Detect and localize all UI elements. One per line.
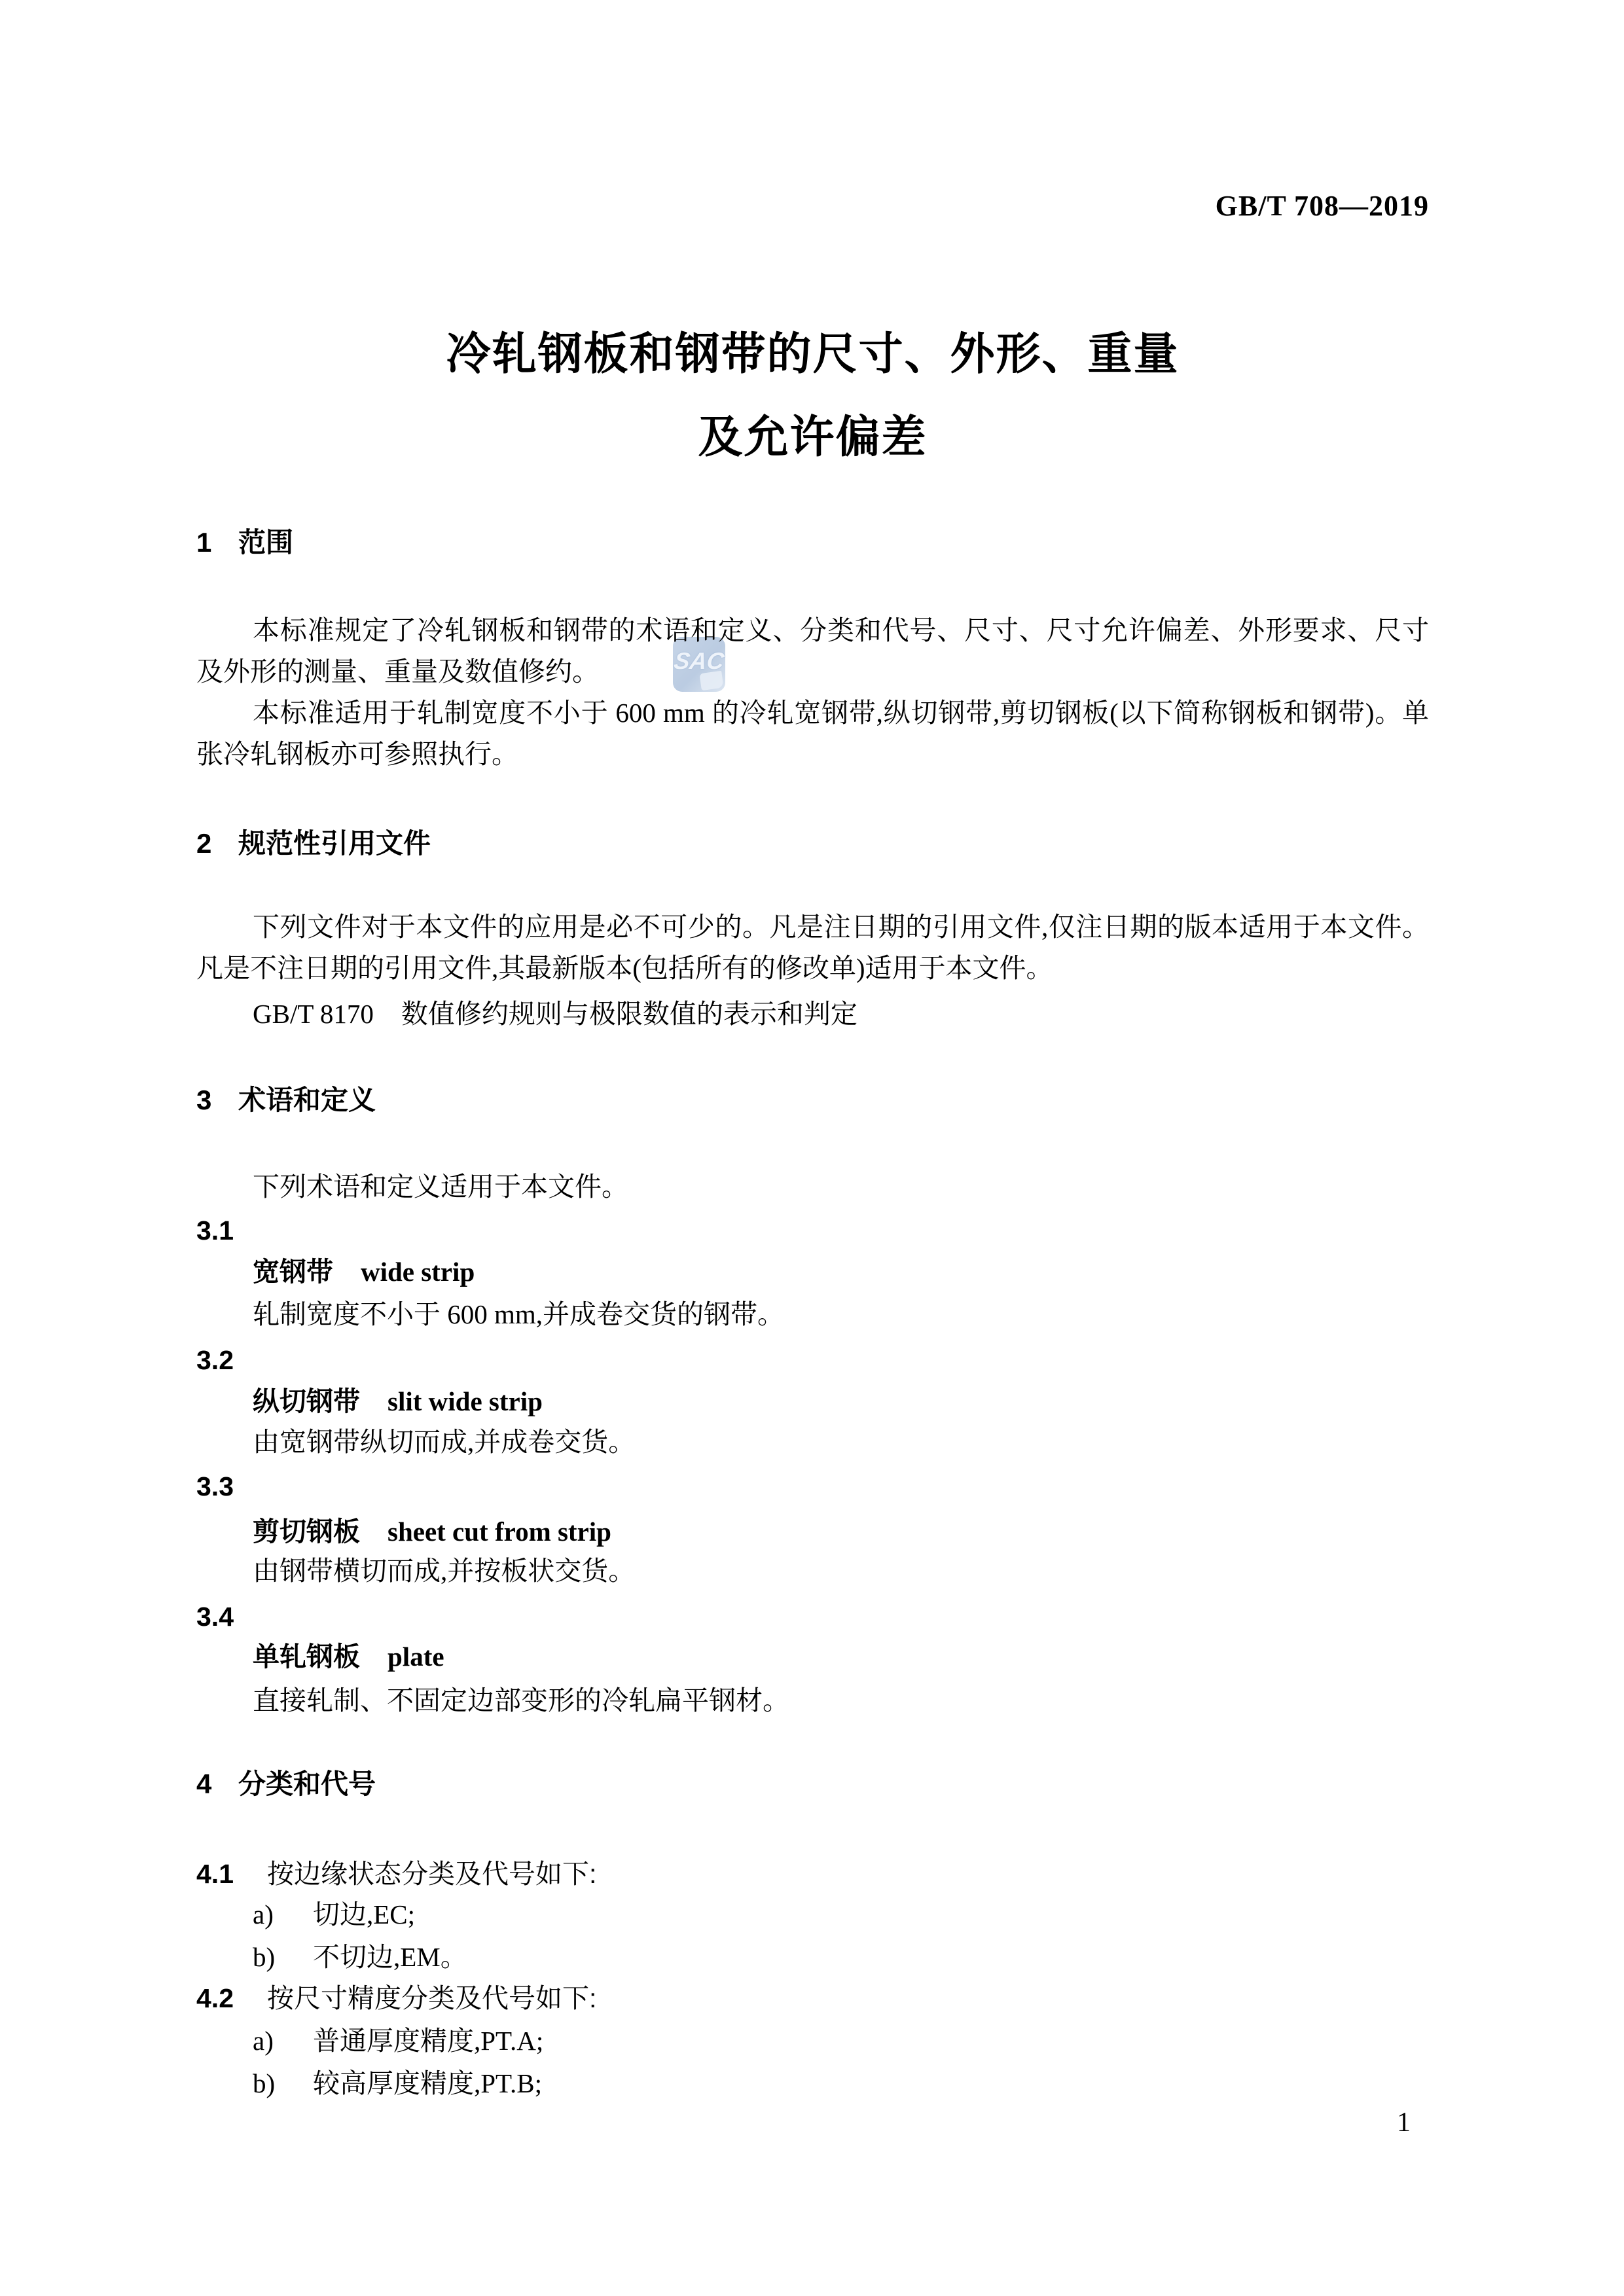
document-title: 冷轧钢板和钢带的尺寸、外形、重量 及允许偏差 bbox=[196, 313, 1429, 479]
subclause-number: 4.1 bbox=[196, 1854, 241, 1895]
list-text: 普通厚度精度,PT.A; bbox=[313, 2026, 543, 2056]
term-name: 剪切钢板sheet cut from strip bbox=[196, 1511, 1429, 1552]
section-2-number: 2 bbox=[196, 823, 238, 864]
term-definition: 直接轧制、不固定边部变形的冷轧扁平钢材。 bbox=[196, 1680, 1429, 1721]
section-3-number: 3 bbox=[196, 1079, 238, 1121]
list-item: b)不切边,EM。 bbox=[196, 1937, 1429, 1978]
page-number: 1 bbox=[196, 2109, 1429, 2136]
subclause-4-2: 4.2按尺寸精度分类及代号如下: bbox=[196, 1978, 1429, 2019]
term-name-zh: 宽钢带 bbox=[253, 1257, 333, 1287]
section-1-heading: 1范围 bbox=[196, 522, 1429, 563]
list-marker: a) bbox=[253, 1894, 313, 1935]
section-1-paragraph-1: 本标准规定了冷轧钢板和钢带的术语和定义、分类和代号、尺寸、尺寸允许偏差、外形要求… bbox=[196, 610, 1429, 692]
list-text: 不切边,EM。 bbox=[313, 1942, 467, 1972]
term-definition: 轧制宽度不小于 600 mm,并成卷交货的钢带。 bbox=[196, 1294, 1429, 1335]
term-name-en: plate bbox=[388, 1641, 444, 1672]
term-name-en: wide strip bbox=[361, 1257, 475, 1287]
section-2-heading: 2规范性引用文件 bbox=[196, 823, 1429, 864]
list-item: a)切边,EC; bbox=[196, 1894, 1429, 1935]
list-marker: a) bbox=[253, 2020, 313, 2062]
reference-title: 数值修约规则与极限数值的表示和判定 bbox=[401, 999, 857, 1029]
term-number: 3.1 bbox=[196, 1210, 1429, 1251]
term-definition: 由宽钢带纵切而成,并成卷交货。 bbox=[196, 1422, 1429, 1463]
title-line-2: 及允许偏差 bbox=[196, 396, 1429, 479]
subclause-4-1: 4.1按边缘状态分类及代号如下: bbox=[196, 1854, 1429, 1895]
term-number: 3.3 bbox=[196, 1466, 1429, 1507]
section-1-title: 范围 bbox=[238, 527, 293, 558]
subclause-number: 4.2 bbox=[196, 1978, 241, 2019]
term-definition: 由钢带横切而成,并按板状交货。 bbox=[196, 1551, 1429, 1592]
section-2-title: 规范性引用文件 bbox=[238, 828, 431, 859]
section-2-paragraph-1: 下列文件对于本文件的应用是必不可少的。凡是注日期的引用文件,仅注日期的版本适用于… bbox=[196, 906, 1429, 989]
section-3-heading: 3术语和定义 bbox=[196, 1079, 1429, 1121]
term-name: 单轧钢板plate bbox=[196, 1636, 1429, 1677]
list-text: 切边,EC; bbox=[313, 1899, 415, 1929]
reference-entry: GB/T 8170数值修约规则与极限数值的表示和判定 bbox=[196, 994, 1429, 1035]
section-4-number: 4 bbox=[196, 1763, 238, 1804]
section-1-number: 1 bbox=[196, 522, 238, 563]
term-name-zh: 剪切钢板 bbox=[253, 1516, 360, 1547]
section-4-heading: 4分类和代号 bbox=[196, 1763, 1429, 1804]
subclause-text: 按尺寸精度分类及代号如下: bbox=[267, 1983, 596, 2013]
term-number: 3.4 bbox=[196, 1596, 1429, 1638]
term-name: 宽钢带wide strip bbox=[196, 1251, 1429, 1293]
list-item: a)普通厚度精度,PT.A; bbox=[196, 2020, 1429, 2062]
section-3-title: 术语和定义 bbox=[238, 1085, 376, 1115]
section-4-title: 分类和代号 bbox=[238, 1768, 376, 1799]
reference-code: GB/T 8170 bbox=[253, 999, 374, 1029]
title-line-1: 冷轧钢板和钢带的尺寸、外形、重量 bbox=[196, 313, 1429, 396]
term-name-zh: 纵切钢带 bbox=[253, 1386, 360, 1416]
list-item: b)较高厚度精度,PT.B; bbox=[196, 2063, 1429, 2104]
section-1-paragraph-2: 本标准适用于轧制宽度不小于 600 mm 的冷轧宽钢带,纵切钢带,剪切钢板(以下… bbox=[196, 692, 1429, 775]
term-name-en: sheet cut from strip bbox=[388, 1516, 611, 1547]
term-name: 纵切钢带slit wide strip bbox=[196, 1381, 1429, 1422]
list-marker: b) bbox=[253, 1937, 313, 1978]
document-page: GB/T 708—2019 SAC 冷轧钢板和钢带的尺寸、外形、重量 及允许偏差… bbox=[0, 0, 1624, 2296]
term-number: 3.2 bbox=[196, 1340, 1429, 1381]
subclause-text: 按边缘状态分类及代号如下: bbox=[267, 1859, 596, 1889]
section-3-intro: 下列术语和定义适用于本文件。 bbox=[196, 1166, 1429, 1208]
list-text: 较高厚度精度,PT.B; bbox=[313, 2068, 542, 2098]
standard-code: GB/T 708—2019 bbox=[196, 192, 1429, 221]
list-marker: b) bbox=[253, 2063, 313, 2104]
term-name-en: slit wide strip bbox=[388, 1386, 543, 1416]
term-name-zh: 单轧钢板 bbox=[253, 1641, 360, 1672]
